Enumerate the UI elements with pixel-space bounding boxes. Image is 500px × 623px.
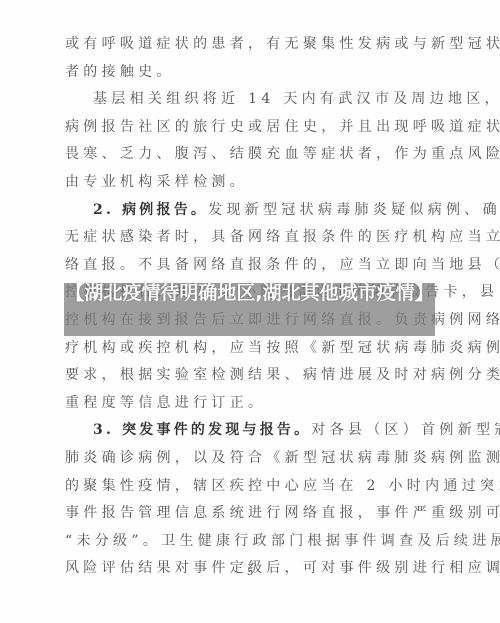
case-report-paragraph: 2. 病例报告。发现新型冠状病毒肺炎疑似病例、确诊病例和	[65, 197, 443, 225]
paragraph-line: 络直报。不具备网络直报条件的，应当立即向当地县（区）级疾	[65, 252, 443, 280]
paragraph-line: 或有呼吸道症状的患者，有无聚集性发病或与新型冠状病毒感染	[65, 31, 443, 59]
paragraph-line: 事件报告管理信息系统进行网络直报，事件严重级别可先选择	[65, 500, 443, 528]
paragraph-line: 疗机构或疾控机构，应当按照《新型冠状病毒肺炎病例监测方案》	[65, 335, 443, 363]
page-number: 5	[0, 567, 500, 578]
paragraph-line: 畏寒、乏力、腹泻、结膜充血等症状者，作为重点风险人群筛查，	[65, 141, 443, 169]
paragraph-line: “未分级”。卫生健康行政部门根据事件调查及后续进展，依据	[65, 528, 443, 556]
paragraph-text: 发现新型冠状病毒肺炎疑似病例、确诊病例和	[208, 202, 500, 218]
case-report-heading: 2. 病例报告。	[93, 202, 208, 218]
paragraph-line: 无症状感染者时，具备网络直报条件的医疗机构应当立即进行网	[65, 224, 443, 252]
paragraph-line: 的聚集性疫情，辖区疾控中心应当在 2 小时内通过突发公共卫生	[65, 473, 443, 501]
paragraph-line: 者的接触史。	[65, 59, 443, 87]
paragraph-line: 要求，根据实验室检测结果、病情进展及时对病例分类、临床严	[65, 362, 443, 390]
paragraph-line: 由专业机构采样检测。	[65, 169, 443, 197]
emergency-report-paragraph: 3. 突发事件的发现与报告。对各县（区）首例新型冠状病毒	[65, 417, 443, 445]
paragraph-line: 重程度等信息进行订正。	[65, 390, 443, 418]
paragraph-text: 对各县（区）首例新型冠状病毒	[311, 422, 500, 438]
paragraph-line: 肺炎确诊病例，以及符合《新型冠状病毒肺炎病例监测方案》中	[65, 445, 443, 473]
emergency-report-heading: 3. 突发事件的发现与报告。	[93, 422, 311, 438]
paragraph-line: 基层相关组织将近 14 天内有武汉市及周边地区，或其他有	[65, 86, 443, 114]
paragraph-line: 病例报告社区的旅行史或居住史，并且出现呼吸道症状、发热、	[65, 114, 443, 142]
overlay-title: 【湖北疫情待明确地区,湖北其他城市疫情】	[64, 281, 435, 306]
